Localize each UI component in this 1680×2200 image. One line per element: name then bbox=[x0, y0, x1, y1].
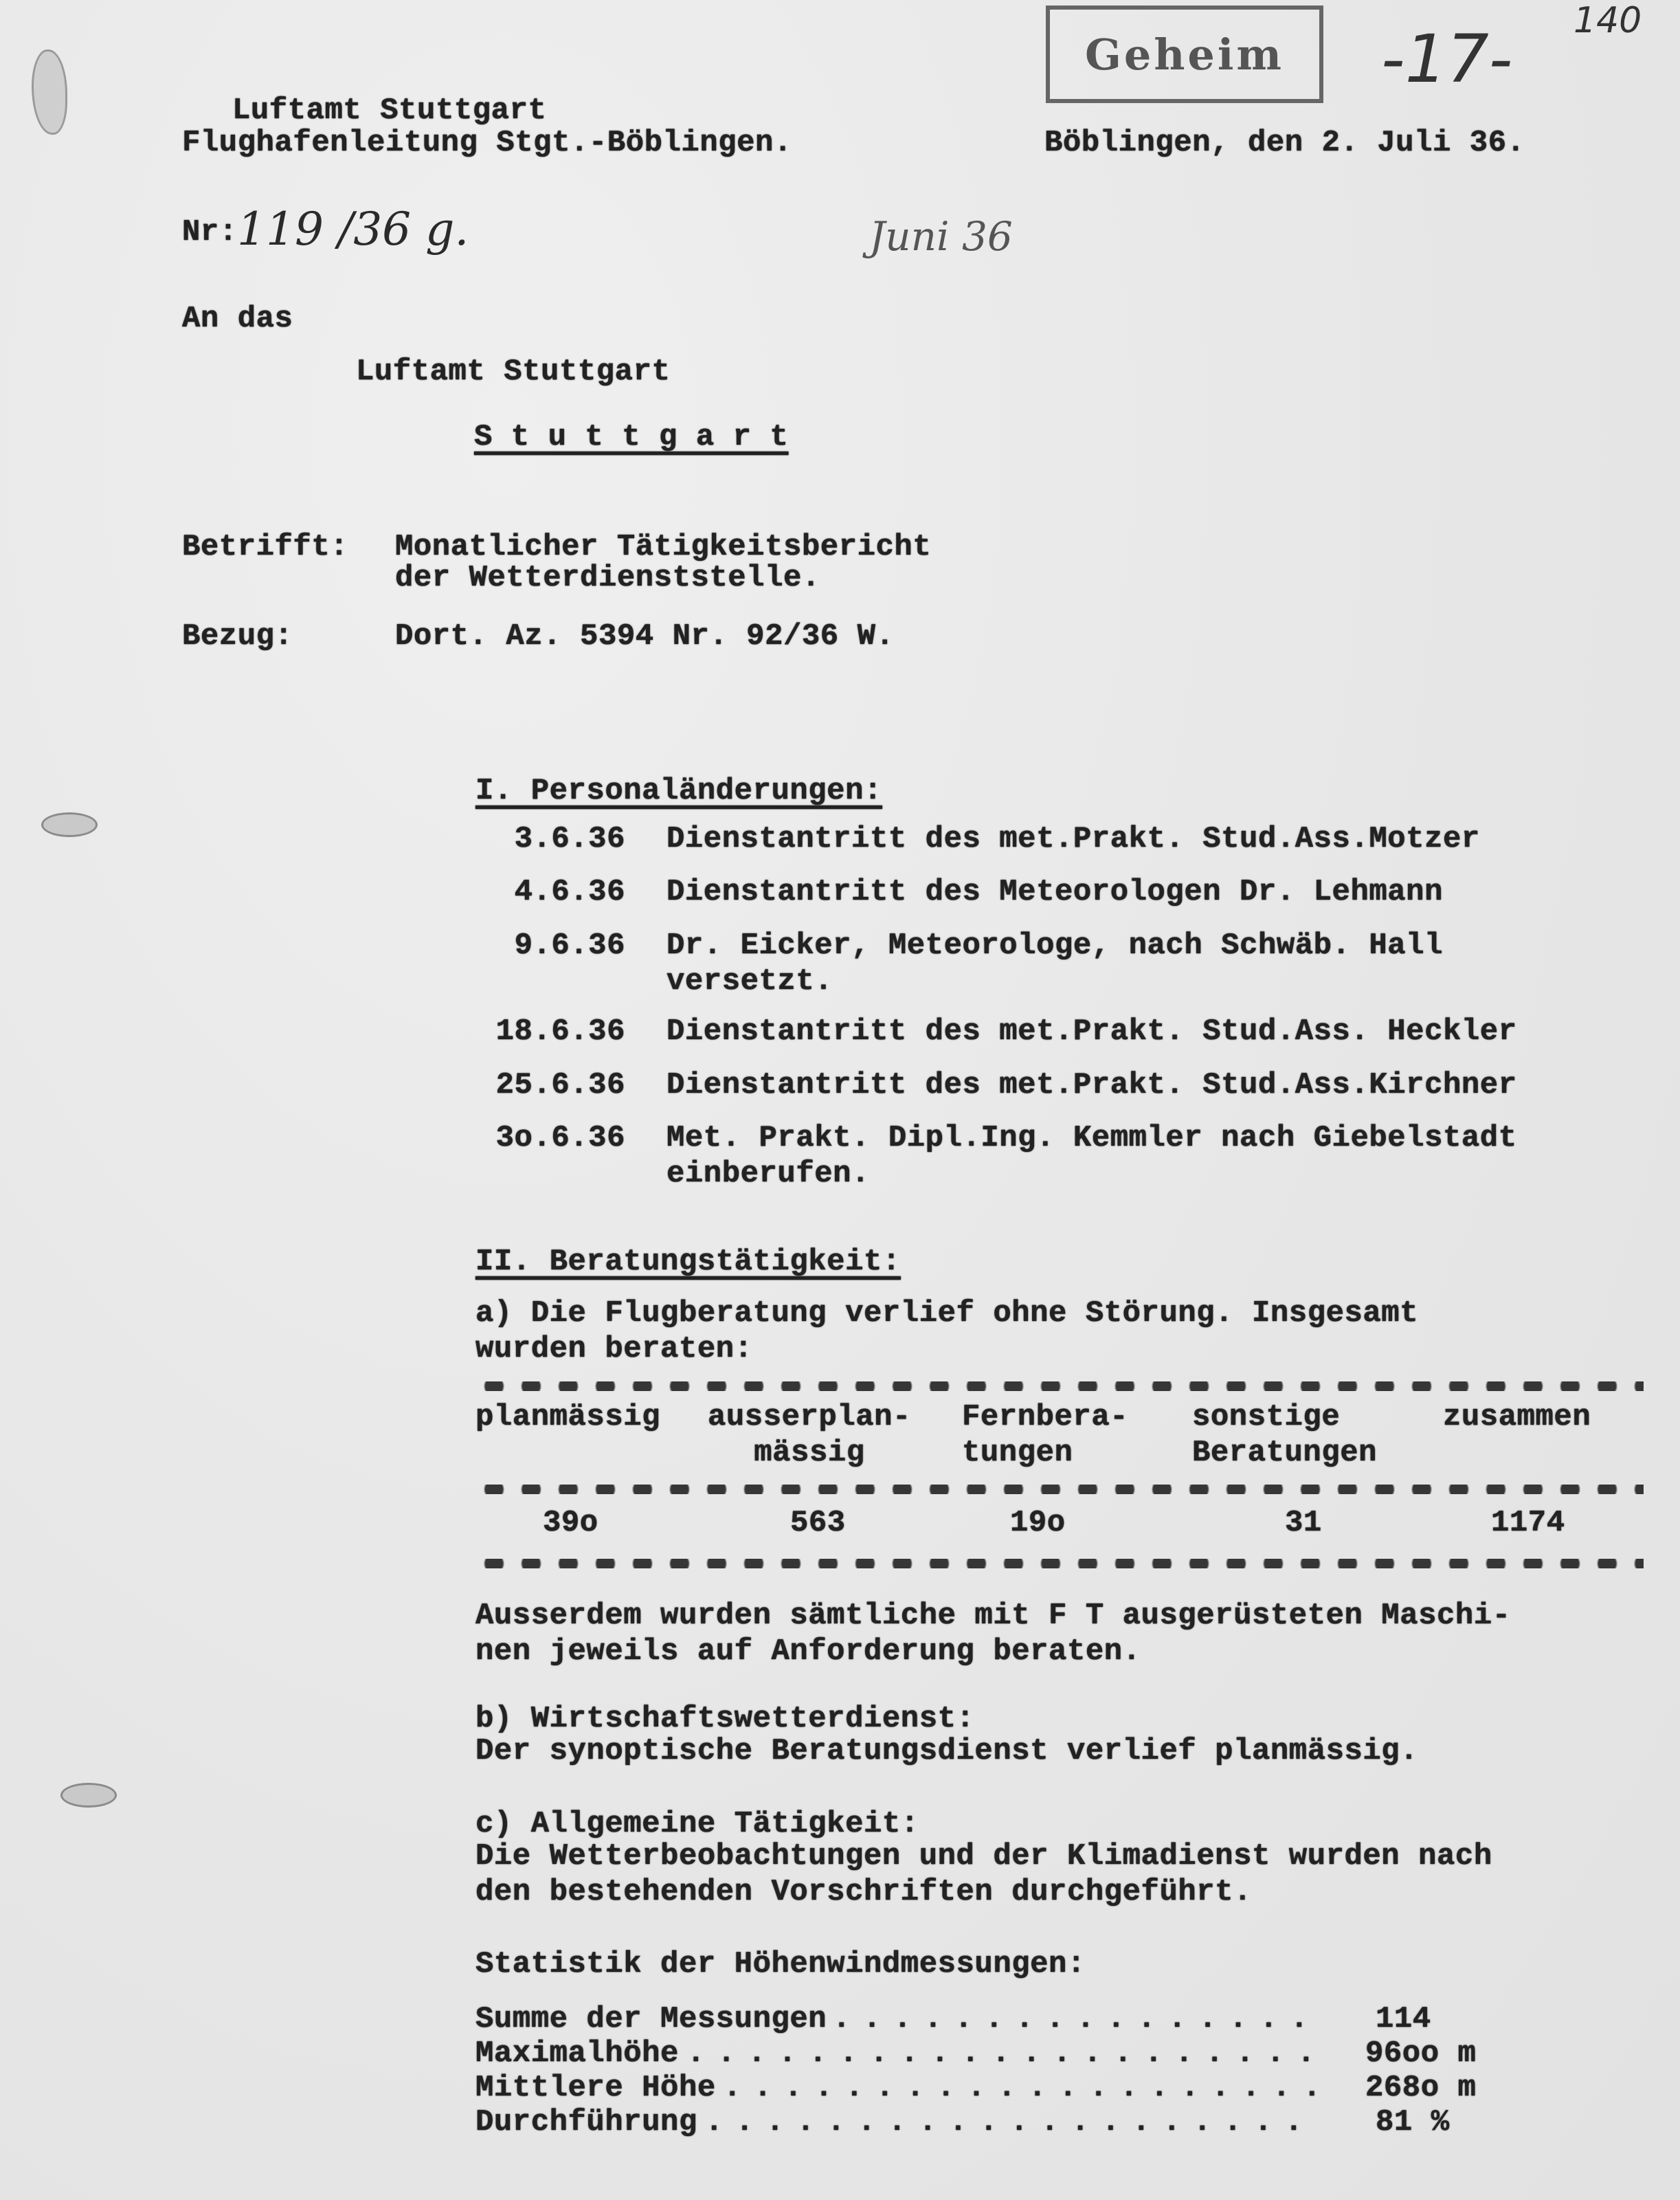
page-number: -17- bbox=[1381, 21, 1512, 98]
table-column-header: ausserplan- mässig bbox=[708, 1399, 911, 1471]
section-2c-text: Die Wetterbeobachtungen und der Klimadie… bbox=[475, 1838, 1492, 1910]
recipient-city: S t u t t g a r t bbox=[433, 419, 867, 455]
stamp-label: Geheim bbox=[1085, 30, 1284, 80]
section-2-title: II. Beratungstätigkeit: bbox=[475, 1244, 901, 1280]
table-cell-value: 19o bbox=[1010, 1505, 1066, 1541]
personnel-change-text: Met. Prakt. Dipl.Ing. Kemmler nach Giebe… bbox=[667, 1120, 1517, 1192]
dot-leader: .................... bbox=[724, 2070, 1334, 2106]
table-column-header: planmässig bbox=[475, 1399, 660, 1435]
section-2b-title: b) Wirtschaftswetterdienst: bbox=[475, 1701, 974, 1737]
personnel-date: 3o.6.36 bbox=[474, 1120, 625, 1156]
table-cell-value: 39o bbox=[543, 1505, 598, 1541]
personnel-change-text: Dienstantritt des Meteorologen Dr. Lehma… bbox=[667, 874, 1443, 910]
table-column-header: Fernbera- tungen bbox=[962, 1399, 1128, 1471]
personnel-date: 3.6.36 bbox=[474, 821, 625, 857]
stat-label: Maximalhöhe bbox=[475, 2036, 679, 2071]
personnel-date: 18.6.36 bbox=[474, 1014, 625, 1049]
stat-label: Durchführung bbox=[475, 2104, 697, 2140]
personnel-change-text: Dr. Eicker, Meteorologe, nach Schwäb. Ha… bbox=[667, 928, 1443, 999]
punch-hole-top bbox=[41, 812, 98, 837]
dot-leader: ..................... bbox=[687, 2036, 1328, 2071]
stat-value: 81 % bbox=[1376, 2104, 1450, 2140]
stat-row: Mittlere Höhe....................268o m bbox=[475, 2070, 1506, 2106]
table-rule-middle bbox=[475, 1485, 1644, 1494]
reference-subject-label: Bezug: bbox=[182, 619, 293, 654]
section-2a-text: a) Die Flugberatung verlief ohne Störung… bbox=[475, 1296, 1418, 1367]
reference-label: Nr: bbox=[182, 214, 238, 250]
org-line-2: Flughafenleitung Stgt.-Böblingen. bbox=[182, 125, 792, 161]
subject-label: Betrifft: bbox=[182, 529, 348, 565]
table-column-header: zusammen bbox=[1443, 1399, 1591, 1435]
secret-stamp: Geheim bbox=[1046, 5, 1323, 103]
stat-value: 268o m bbox=[1365, 2070, 1476, 2106]
personnel-date: 4.6.36 bbox=[474, 874, 625, 910]
stat-row: Maximalhöhe.....................96oo m bbox=[475, 2036, 1506, 2071]
page-number-superscript: 140 bbox=[1573, 0, 1642, 41]
stats-title: Statistik der Höhenwindmessungen: bbox=[475, 1946, 1086, 1982]
place-date: Böblingen, den 2. Juli 36. bbox=[1044, 125, 1525, 161]
stat-row: Durchführung....................81 % bbox=[475, 2104, 1506, 2140]
section-1-title: I. Personaländerungen: bbox=[475, 773, 882, 809]
table-rule-top bbox=[475, 1381, 1644, 1391]
section-2c-title: c) Allgemeine Tätigkeit: bbox=[475, 1806, 919, 1842]
stat-label: Mittlere Höhe bbox=[475, 2070, 716, 2106]
table-cell-value: 31 bbox=[1285, 1505, 1322, 1541]
org-line-1: Luftamt Stuttgart bbox=[232, 93, 546, 129]
punch-hole-bottom bbox=[60, 1783, 117, 1808]
recipient-name: Luftamt Stuttgart bbox=[356, 354, 670, 390]
personnel-change-text: Dienstantritt des met.Prakt. Stud.Ass.Ki… bbox=[667, 1067, 1517, 1103]
personnel-date: 25.6.36 bbox=[474, 1067, 625, 1103]
handwritten-note: Juni 36 bbox=[869, 213, 1013, 260]
table-column-header: sonstige Beratungen bbox=[1192, 1399, 1377, 1471]
table-cell-value: 1174 bbox=[1491, 1505, 1565, 1541]
personnel-change-text: Dienstantritt des met.Prakt. Stud.Ass. H… bbox=[667, 1014, 1517, 1049]
stat-label: Summe der Messungen bbox=[475, 2001, 827, 2037]
table-cell-value: 563 bbox=[790, 1505, 846, 1541]
subject-line-2: der Wetterdienststelle. bbox=[395, 560, 820, 596]
table-rule-bottom bbox=[475, 1559, 1644, 1568]
personnel-date: 9.6.36 bbox=[474, 928, 625, 964]
stat-value: 96oo m bbox=[1365, 2036, 1476, 2071]
stat-value: 114 bbox=[1376, 2001, 1431, 2037]
recipient-prefix: An das bbox=[182, 301, 293, 337]
dot-leader: .................... bbox=[705, 2104, 1315, 2140]
section-2a-note: Ausserdem wurden sämtliche mit F T ausge… bbox=[475, 1598, 1511, 1669]
personnel-change-text: Dienstantritt des met.Prakt. Stud.Ass.Mo… bbox=[667, 821, 1480, 857]
section-2b-text: Der synoptische Beratungsdienst verlief … bbox=[475, 1733, 1418, 1769]
dot-leader: ................ bbox=[833, 2001, 1321, 2037]
reference-subject-value: Dort. Az. 5394 Nr. 92/36 W. bbox=[395, 619, 894, 654]
reference-number: 119 /36 g. bbox=[237, 203, 469, 256]
stat-row: Summe der Messungen................114 bbox=[475, 2001, 1506, 2037]
